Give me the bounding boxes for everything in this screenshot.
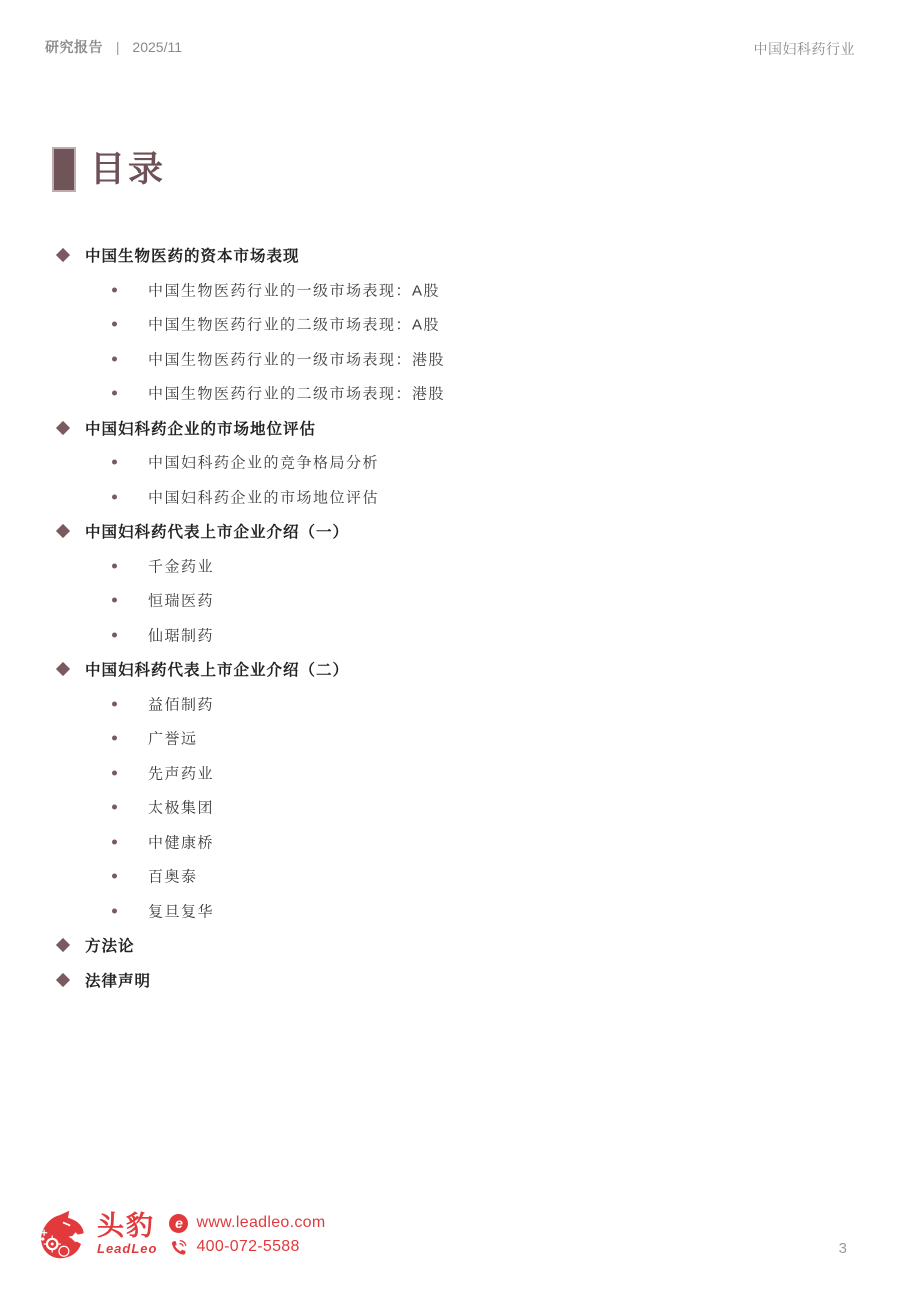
toc-subitem-row[interactable]: 中健康桥 xyxy=(55,825,845,860)
dot-bullet-icon xyxy=(112,701,117,706)
dot-bullet-icon xyxy=(112,391,117,396)
dot-bullet-icon xyxy=(112,805,117,810)
toc-subitem-row[interactable]: 恒瑞医药 xyxy=(55,583,845,618)
dot-bullet-icon xyxy=(112,736,117,741)
toc-subitem-label: 中国生物医药行业的二级市场表现：A股 xyxy=(148,314,440,335)
toc-subitem-row[interactable]: 仙琚制药 xyxy=(55,618,845,653)
toc-section-row[interactable]: 中国妇科药代表上市企业介绍（二） xyxy=(55,652,845,687)
toc-subitem-label: 仙琚制药 xyxy=(148,624,214,645)
toc-subitem-label: 百奥泰 xyxy=(148,866,198,887)
diamond-bullet-icon xyxy=(56,248,70,262)
website-row: e www.leadleo.com xyxy=(169,1213,325,1233)
toc-subitem-row[interactable]: 中国生物医药行业的一级市场表现：港股 xyxy=(55,342,845,377)
title-accent-bar-icon xyxy=(52,147,76,192)
toc-subitem-label: 中健康桥 xyxy=(148,831,214,852)
toc-subitem-label: 恒瑞医药 xyxy=(148,590,214,611)
leadleo-leopard-logo-icon xyxy=(36,1209,90,1261)
dot-bullet-icon xyxy=(112,356,117,361)
page-number: 3 xyxy=(839,1240,847,1257)
toc-subitem-label: 太极集团 xyxy=(148,797,214,818)
dot-bullet-icon xyxy=(112,632,117,637)
dot-bullet-icon xyxy=(112,494,117,499)
toc-subitem-row[interactable]: 千金药业 xyxy=(55,549,845,584)
toc-subitem-row[interactable]: 中国妇科药企业的竞争格局分析 xyxy=(55,445,845,480)
diamond-bullet-icon xyxy=(56,973,70,987)
toc-section-label: 中国妇科药企业的市场地位评估 xyxy=(85,417,316,439)
toc-section-label: 中国生物医药的资本市场表现 xyxy=(85,244,300,266)
toc-subitem-label: 中国妇科药企业的市场地位评估 xyxy=(148,486,379,507)
dot-bullet-icon xyxy=(112,839,117,844)
page-title: 目录 xyxy=(90,147,166,192)
diamond-bullet-icon xyxy=(56,662,70,676)
toc-subitem-label: 益佰制药 xyxy=(148,693,214,714)
footer-brand-block: 头豹 LeadLeo e www.leadleo.com 400-072-558… xyxy=(36,1206,325,1261)
toc-subitem-label: 广誉远 xyxy=(148,728,198,749)
toc-section-row[interactable]: 方法论 xyxy=(55,928,845,963)
header-doc-type: 研究报告 xyxy=(45,39,103,55)
toc-section-label: 中国妇科药代表上市企业介绍（一） xyxy=(85,520,349,542)
toc-subitem-label: 复旦复华 xyxy=(148,900,214,921)
brand-name-en: LeadLeo xyxy=(97,1241,157,1256)
brand-name-cn: 头豹 xyxy=(97,1212,157,1240)
toc-subitem-row[interactable]: 先声药业 xyxy=(55,756,845,791)
header-separator: | xyxy=(116,39,120,55)
globe-icon: e xyxy=(169,1214,188,1233)
phone-number: 400-072-5588 xyxy=(196,1238,299,1256)
diamond-bullet-icon xyxy=(56,421,70,435)
header-date: 2025/11 xyxy=(132,39,182,55)
toc-subitem-row[interactable]: 益佰制药 xyxy=(55,687,845,722)
toc-subitem-row[interactable]: 中国生物医药行业的二级市场表现：A股 xyxy=(55,307,845,342)
toc-title-block: 目录 xyxy=(52,147,166,192)
dot-bullet-icon xyxy=(112,598,117,603)
toc-subitem-label: 先声药业 xyxy=(148,762,214,783)
contact-block: e www.leadleo.com 400-072-5588 xyxy=(169,1213,325,1261)
toc-subitem-row[interactable]: 中国生物医药行业的一级市场表现：A股 xyxy=(55,273,845,308)
dot-bullet-icon xyxy=(112,563,117,568)
toc-subitem-label: 中国生物医药行业的一级市场表现：A股 xyxy=(148,279,440,300)
toc-section-row[interactable]: 法律声明 xyxy=(55,963,845,998)
toc-section-label: 法律声明 xyxy=(85,969,151,991)
phone-row: 400-072-5588 xyxy=(169,1237,325,1257)
toc-subitem-row[interactable]: 复旦复华 xyxy=(55,894,845,929)
phone-icon xyxy=(169,1238,188,1257)
diamond-bullet-icon xyxy=(56,524,70,538)
dot-bullet-icon xyxy=(112,460,117,465)
dot-bullet-icon xyxy=(112,770,117,775)
toc-subitem-label: 千金药业 xyxy=(148,555,214,576)
report-page: 研究报告 | 2025/11 中国妇科药行业 目录 中国生物医药的资本市场表现 … xyxy=(0,0,900,1300)
dot-bullet-icon xyxy=(112,287,117,292)
toc-subitem-label: 中国妇科药企业的竞争格局分析 xyxy=(148,452,379,473)
toc-subitem-row[interactable]: 太极集团 xyxy=(55,790,845,825)
toc-subitem-row[interactable]: 百奥泰 xyxy=(55,859,845,894)
toc-section-label: 方法论 xyxy=(85,934,135,956)
toc-subitem-label: 中国生物医药行业的二级市场表现：港股 xyxy=(148,383,445,404)
toc-subitem-label: 中国生物医药行业的一级市场表现：港股 xyxy=(148,348,445,369)
website-link[interactable]: www.leadleo.com xyxy=(196,1214,325,1232)
toc-section-label: 中国妇科药代表上市企业介绍（二） xyxy=(85,658,349,680)
diamond-bullet-icon xyxy=(56,938,70,952)
header-left: 研究报告 | 2025/11 xyxy=(45,37,182,57)
toc-section-row[interactable]: 中国生物医药的资本市场表现 xyxy=(55,238,845,273)
header-industry: 中国妇科药行业 xyxy=(754,39,856,59)
toc-subitem-row[interactable]: 中国生物医药行业的二级市场表现：港股 xyxy=(55,376,845,411)
toc-section-row[interactable]: 中国妇科药企业的市场地位评估 xyxy=(55,411,845,446)
toc-subitem-row[interactable]: 中国妇科药企业的市场地位评估 xyxy=(55,480,845,515)
dot-bullet-icon xyxy=(112,908,117,913)
toc-subitem-row[interactable]: 广誉远 xyxy=(55,721,845,756)
dot-bullet-icon xyxy=(112,322,117,327)
toc-list: 中国生物医药的资本市场表现 中国生物医药行业的一级市场表现：A股 中国生物医药行… xyxy=(55,238,845,997)
toc-section-row[interactable]: 中国妇科药代表上市企业介绍（一） xyxy=(55,514,845,549)
brand-wordmark: 头豹 LeadLeo xyxy=(97,1212,157,1256)
dot-bullet-icon xyxy=(112,874,117,879)
